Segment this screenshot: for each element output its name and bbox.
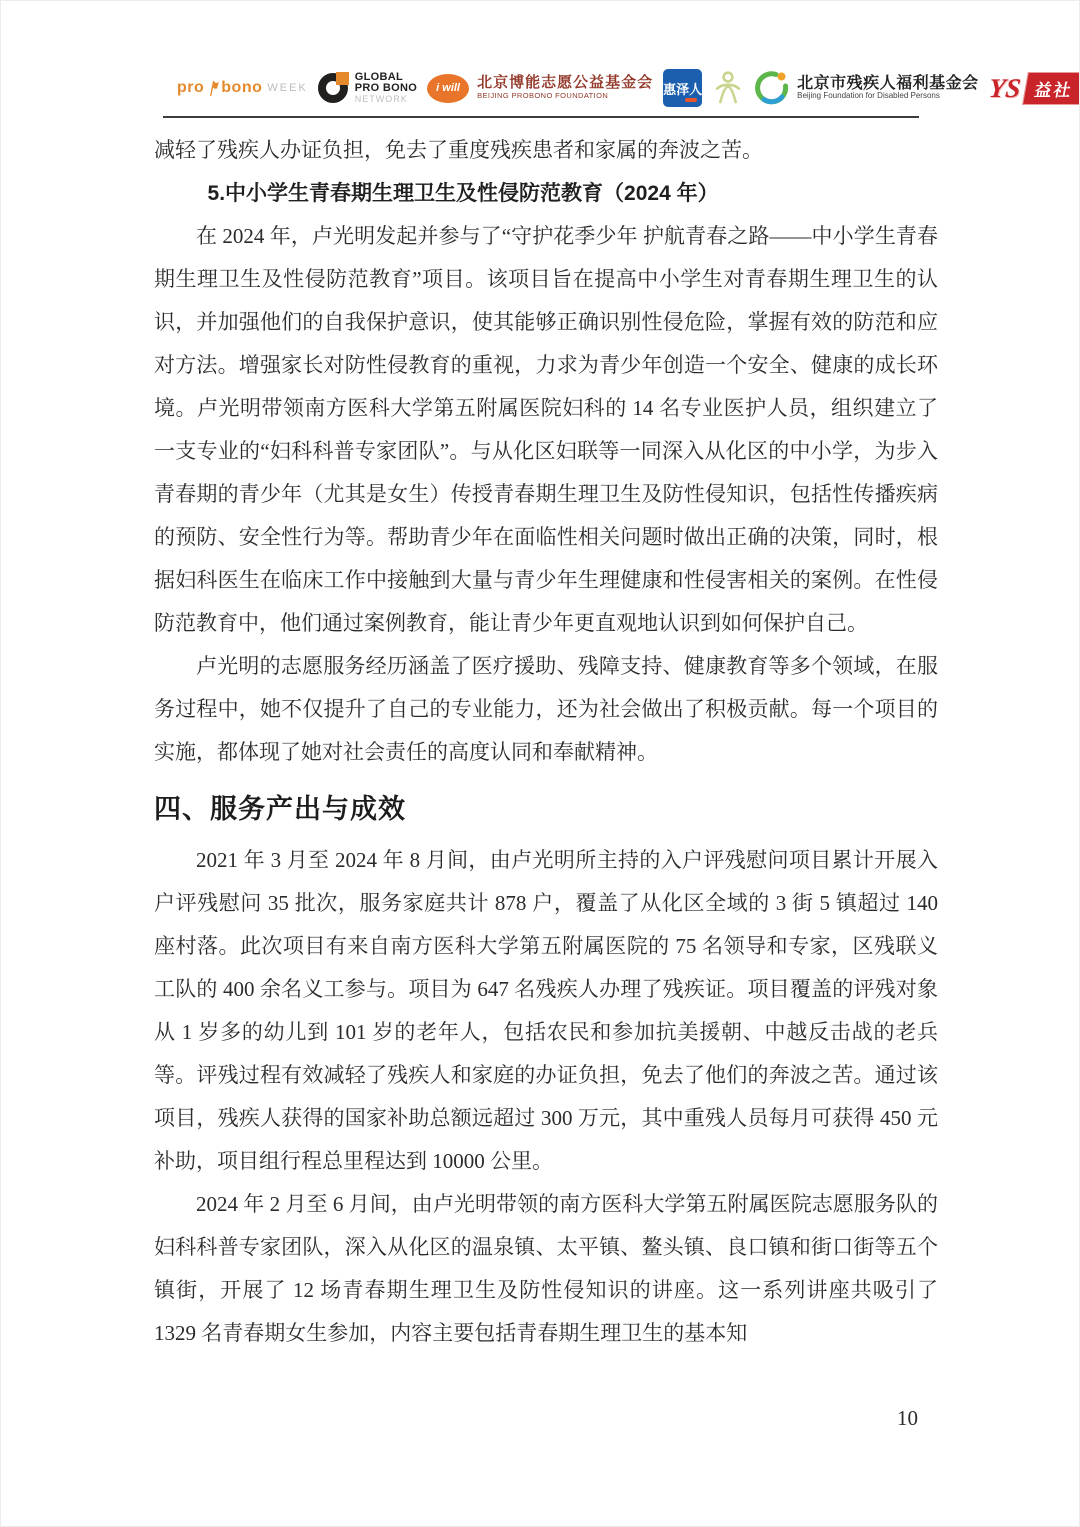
beijing-probono-name-en: BEIJING PROBONO FOUNDATION xyxy=(477,92,653,101)
yishe-logo: YS 益社 xyxy=(989,72,1080,105)
pro-bono-week-text: WEEK xyxy=(267,82,307,94)
beijing-probono-name-cn: 北京博能志愿公益基金会 xyxy=(477,75,653,92)
beijing-disabled-foundation-logo: 北京市残疾人福利基金会 Beijing Foundation for Disab… xyxy=(754,70,979,106)
swirl-globe-icon xyxy=(754,70,790,106)
paragraph-continued: 减轻了残疾人办证负担，免去了重度残疾患者和家属的奔波之苦。 xyxy=(154,129,938,172)
i-will-badge-icon: i will xyxy=(427,74,469,103)
pro-bono-week-logo: pro bono WEEK xyxy=(177,79,308,97)
section-heading: 四、服务产出与成效 xyxy=(154,788,938,831)
page-footer: 10 xyxy=(154,1406,918,1431)
page-body: 减轻了残疾人办证负担，免去了重度残疾患者和家属的奔波之苦。 5.中小学生青春期生… xyxy=(154,129,938,1355)
header-divider xyxy=(163,116,919,118)
paragraph: 在 2024 年，卢光明发起并参与了“守护花季少年 护航青春之路——中小学生青春… xyxy=(154,215,938,645)
person-figure-icon xyxy=(712,70,744,106)
gpbn-line3: NETWORK xyxy=(355,95,417,104)
page-header: pro bono WEEK GLOBAL PRO BONO NETWORK i … xyxy=(177,59,941,117)
document-page: pro bono WEEK GLOBAL PRO BONO NETWORK i … xyxy=(0,0,1080,1527)
paragraph: 2024 年 2 月至 6 月间，由卢光明带领的南方医科大学第五附属医院志愿服务… xyxy=(154,1183,938,1355)
subsection-heading: 5.中小学生青春期生理卫生及性侵防范教育（2024 年） xyxy=(154,172,938,215)
ys-monogram-icon: YS xyxy=(987,73,1022,104)
paragraph: 2021 年 3 月至 2024 年 8 月间，由卢光明所主持的入户评残慰问项目… xyxy=(154,839,938,1183)
paragraph: 卢光明的志愿服务经历涵盖了医疗援助、残障支持、健康教育等多个领域，在服务过程中，… xyxy=(154,645,938,774)
page-number: 10 xyxy=(897,1406,918,1430)
pro-bono-week-text: bono xyxy=(221,79,262,97)
yishe-name-cn: 益社 xyxy=(1022,72,1080,105)
pro-bono-week-text: pro xyxy=(177,79,204,97)
c-ring-icon xyxy=(318,73,348,103)
flag-icon xyxy=(206,80,219,97)
huizeren-name-cn: 惠泽人 xyxy=(663,79,702,98)
huizeren-logo: 惠泽人 xyxy=(663,69,702,107)
disabled-foundation-name-en: Beijing Foundation for Disabled Persons xyxy=(797,92,979,101)
beijing-probono-foundation-logo: i will 北京博能志愿公益基金会 BEIJING PROBONO FOUND… xyxy=(427,74,653,103)
global-pro-bono-network-logo: GLOBAL PRO BONO NETWORK xyxy=(318,72,417,105)
disabled-foundation-name-cn: 北京市残疾人福利基金会 xyxy=(797,75,979,93)
huizeren-accent-stripe xyxy=(685,98,697,102)
